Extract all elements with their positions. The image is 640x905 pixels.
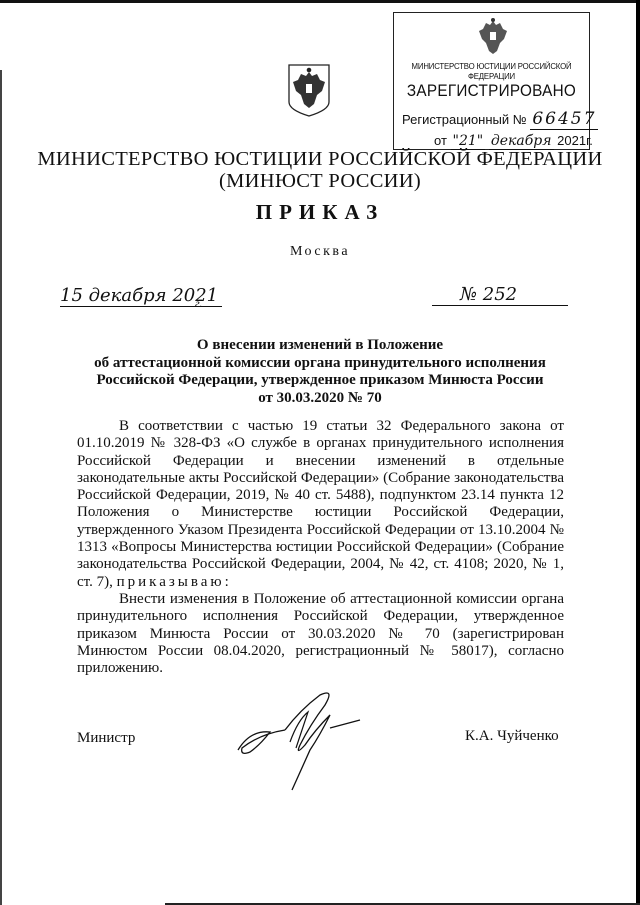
title-line: об аттестационной комиссии органа принуд… bbox=[0, 355, 640, 373]
body-paragraph: Внести изменения в Положение об аттестац… bbox=[77, 591, 564, 677]
stamp-date-year: 2021 bbox=[557, 133, 586, 148]
title-line: Российской Федерации, утвержденное прика… bbox=[0, 372, 640, 390]
title-line: от 30.03.2020 № 70 bbox=[0, 390, 640, 408]
stamp-number-value: 66457 bbox=[530, 109, 598, 130]
scan-edge-right bbox=[636, 0, 640, 905]
ministry-name: МИНИСТЕРСТВО ЮСТИЦИИ РОССИЙСКОЙ ФЕДЕРАЦИ… bbox=[0, 148, 640, 170]
registration-stamp: МИНИСТЕРСТВО ЮСТИЦИИ РОССИЙСКОЙ ФЕДЕРАЦИ… bbox=[393, 12, 590, 150]
body-paragraph: В соответствии с частью 19 статьи 32 Фед… bbox=[77, 418, 564, 591]
document-type: ПРИКАЗ bbox=[0, 200, 640, 225]
order-body: В соответствии с частью 19 статьи 32 Фед… bbox=[77, 418, 564, 677]
city: Москва bbox=[0, 244, 640, 260]
stamp-date-prefix: от bbox=[434, 133, 447, 148]
stamp-number-label: Регистрационный № bbox=[402, 112, 527, 127]
signatory-name: К.А. Чуйченко bbox=[465, 728, 559, 745]
stamp-number-row: Регистрационный № 66457 bbox=[402, 109, 598, 129]
paragraph-text: В соответствии с частью 19 статьи 32 Фед… bbox=[77, 418, 564, 590]
order-number: № 252 bbox=[432, 284, 568, 306]
handwritten-signature-icon bbox=[230, 690, 380, 800]
title-line: О внесении изменений в Положение bbox=[0, 337, 640, 355]
scan-edge-left bbox=[0, 70, 2, 905]
stamp-date-suffix: г. bbox=[586, 133, 593, 148]
ministry-short-name: (МИНЮСТ РОССИИ) bbox=[0, 170, 640, 192]
stamp-organization: МИНИСТЕРСТВО ЮСТИЦИИ РОССИЙСКОЙ ФЕДЕРАЦИ… bbox=[402, 61, 581, 81]
order-command: приказываю: bbox=[117, 574, 232, 590]
ministry-heading: МИНИСТЕРСТВО ЮСТИЦИИ РОССИЙСКОЙ ФЕДЕРАЦИ… bbox=[0, 148, 640, 192]
stamp-date-row: от "21" декабря 2021г. bbox=[434, 133, 593, 149]
order-title: О внесении изменений в Положение об атте… bbox=[0, 337, 640, 407]
stamp-status: ЗАРЕГИСТРИРОВАНО bbox=[404, 81, 580, 101]
scan-edge-top bbox=[0, 0, 640, 3]
signatory-role: Министр bbox=[77, 730, 135, 747]
stamp-eagle-emblem-icon bbox=[476, 17, 510, 57]
order-date-suffix: г. bbox=[195, 296, 203, 311]
coat-of-arms-icon bbox=[286, 62, 332, 118]
